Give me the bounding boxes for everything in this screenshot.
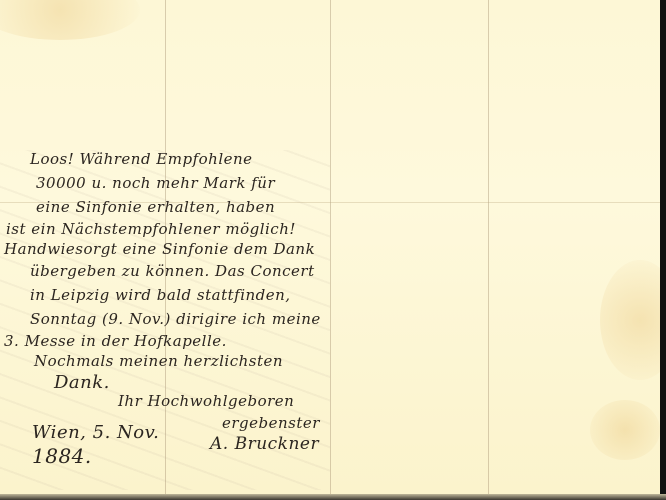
- letter-line: Dank.: [54, 372, 110, 393]
- letter-line: Loos! Während Empfohlene: [30, 150, 253, 168]
- paper-stain: [0, 0, 140, 40]
- letter-line: eine Sinfonie erhalten, haben: [36, 198, 275, 216]
- closing-line: ergebenster: [222, 414, 320, 432]
- paper-stain: [590, 400, 660, 460]
- letter-line: 30000 u. noch mehr Mark für: [36, 174, 275, 192]
- year: 1884.: [32, 444, 92, 468]
- letter-line: Handwiesorgt eine Sinfonie dem Dank: [4, 240, 315, 258]
- closing-line: Ihr Hochwohlgeboren: [118, 392, 294, 410]
- letter-line: übergeben zu können. Das Concert: [30, 262, 315, 280]
- scan-edge: [0, 494, 666, 500]
- place-date: Wien, 5. Nov.: [32, 422, 159, 443]
- scan-edge: [660, 0, 666, 500]
- letter-line: in Leipzig wird bald stattfinden,: [30, 286, 291, 304]
- letter-line: ist ein Nächstempfohlener möglich!: [6, 220, 296, 238]
- paper-stain: [600, 260, 660, 380]
- fold-line: [330, 0, 331, 494]
- fold-line: [488, 0, 489, 494]
- letter-line: 3. Messe in der Hofkapelle.: [4, 332, 227, 350]
- letter-line: Nochmals meinen herzlichsten: [34, 352, 283, 370]
- signature: A. Bruckner: [210, 434, 319, 454]
- letter-line: Sonntag (9. Nov.) dirigire ich meine: [30, 310, 321, 328]
- letter-page: Loos! Während Empfohlene 30000 u. noch m…: [0, 0, 660, 494]
